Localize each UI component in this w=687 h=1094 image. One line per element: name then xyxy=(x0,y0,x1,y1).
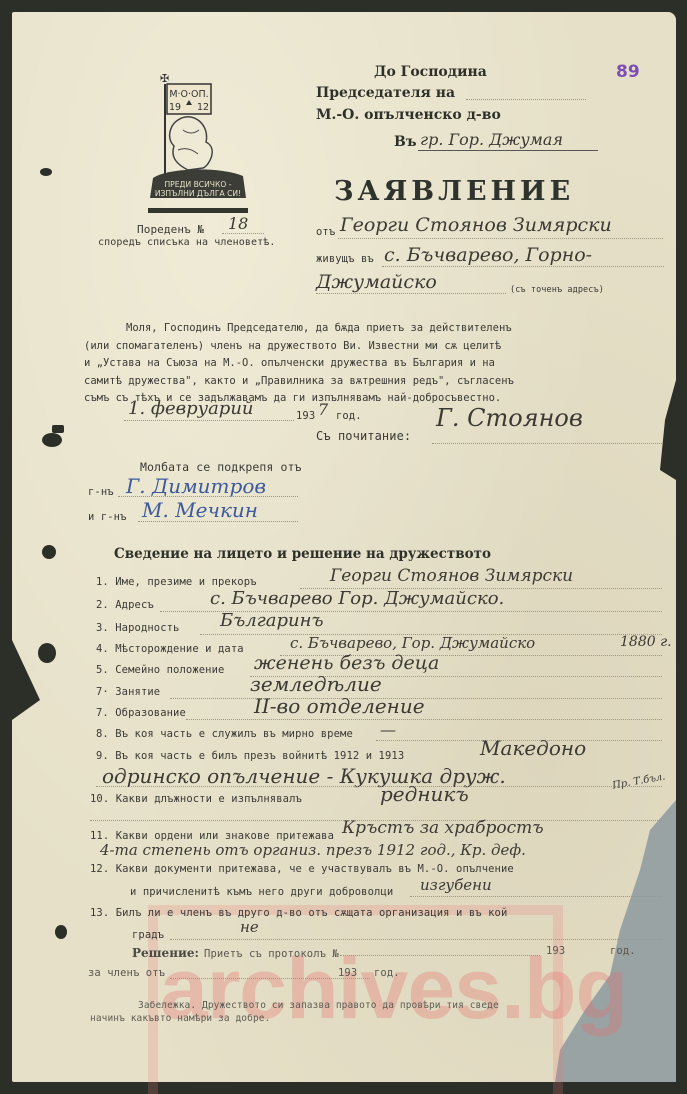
field-13-value[interactable]: не xyxy=(240,918,259,936)
section-title: Сведение на лицето и решение на дружеств… xyxy=(114,546,491,562)
paragraph-line: и „Устава на Съюза на М.-О. опълченски д… xyxy=(84,355,664,373)
member-year-suffix: год. xyxy=(374,967,400,979)
paragraph-line: Моля, Господинъ Председателю, да бѫда пр… xyxy=(84,320,664,338)
document-title: ЗАЯВЛЕНИЕ xyxy=(334,176,574,207)
city-label: Въ xyxy=(394,134,417,150)
applicant-name[interactable]: Георги Стоянов Зимярски xyxy=(340,214,612,236)
field-12-label-line2: и причисленитѣ къмъ него други доброволц… xyxy=(130,886,393,898)
member-year: 193 xyxy=(338,967,357,979)
decision-year: 193 xyxy=(546,945,565,957)
field-9-label: 9. Въ коя часть е билъ презъ войнитѣ 191… xyxy=(96,750,404,762)
field-6-label: 7· Занятие xyxy=(96,686,160,698)
opalchentsi-emblem-icon: ✠ М·О·ОП. 19 12 ПРЕДИ ВСИЧКО - ИЗПЪЛНИ Д… xyxy=(148,70,248,200)
supporter2-signature[interactable]: М. Мечкин xyxy=(142,498,258,522)
field-9-value[interactable]: Македоно xyxy=(480,736,586,760)
field-3-label: 3. Народность xyxy=(96,622,179,634)
svg-text:ИЗПЪЛНИ ДЪЛГА СИ!: ИЗПЪЛНИ ДЪЛГА СИ! xyxy=(155,189,241,198)
from-label: отъ xyxy=(316,226,335,238)
field-7-label: 7. Образование xyxy=(96,707,186,719)
signature-label: Съ почитание: xyxy=(316,429,411,443)
paper-hole xyxy=(38,643,56,663)
addressee-line2: Председателя на xyxy=(316,85,455,101)
logo-underline xyxy=(148,208,248,213)
field-1-value[interactable]: Георги Стоянов Зимярски xyxy=(330,566,573,586)
field-11-value[interactable]: Кръстъ за храбростъ xyxy=(342,818,544,838)
paper-hole xyxy=(40,168,52,176)
field-4-date[interactable]: 1880 г. xyxy=(620,634,672,650)
note-line2: начинъ какъвто намѣри за добре. xyxy=(90,1013,270,1024)
date-year-prefix: 193 xyxy=(296,410,315,422)
paper-hole xyxy=(55,925,67,939)
supporters-label: Молбата се подкрепя отъ xyxy=(140,460,302,474)
address-hint: (съ точенъ адресъ) xyxy=(510,285,604,295)
field-8-value[interactable]: — xyxy=(380,720,396,739)
paragraph-line: (или спомагателенъ) членъ на дружеството… xyxy=(84,338,664,356)
decision-text: Приетъ съ протоколъ № xyxy=(204,948,339,960)
supporter1-signature[interactable]: Г. Димитров xyxy=(126,474,266,498)
member-from-label: за членъ отъ xyxy=(88,967,165,979)
svg-text:12: 12 xyxy=(197,102,209,113)
field-7-value[interactable]: II-во отделение xyxy=(254,694,425,718)
field-5-label: 5. Семейно положение xyxy=(96,664,224,676)
field-6-value[interactable]: земледѣлие xyxy=(250,672,382,696)
field-13-label-line2: градъ xyxy=(132,929,164,941)
note-line1: Забележка. Дружеството си запазва правот… xyxy=(138,1000,499,1011)
field-1-label: 1. Име, презиме и прекоръ xyxy=(96,576,257,588)
field-10-label: 10. Какви длъжности е изпълнявалъ xyxy=(90,793,302,805)
addressee-line1: До Господина xyxy=(374,64,487,80)
field-2-value[interactable]: с. Бъчварево Гор. Джумайско. xyxy=(210,588,504,609)
applicant-residence-line2[interactable]: Джумайско xyxy=(316,271,437,293)
field-5-value[interactable]: женень безъ деца xyxy=(254,652,439,674)
date-year-suffix: год. xyxy=(336,410,362,422)
field-2-label: 2. Адресъ xyxy=(96,599,154,611)
field-8-label: 8. Въ коя часть е служилъ въ мирно време xyxy=(96,728,353,740)
field-4-value[interactable]: с. Бъчварево, Гор. Джумайско xyxy=(290,634,535,652)
serial-label: Пореденъ № xyxy=(137,223,204,236)
svg-text:ПРЕДИ ВСИЧКО -: ПРЕДИ ВСИЧКО - xyxy=(164,180,231,189)
svg-text:19: 19 xyxy=(169,102,181,113)
decision-label: Решение: xyxy=(132,946,199,960)
request-paragraph: Моля, Господинъ Председателю, да бѫда пр… xyxy=(84,320,664,408)
field-10-value[interactable]: редникъ xyxy=(380,782,469,806)
field-12-value[interactable]: изгубени xyxy=(420,876,492,894)
svg-text:✠: ✠ xyxy=(160,72,169,85)
addressee-line3: М.-О. опълченско д-во xyxy=(316,107,501,123)
city-value[interactable]: гр. Гор. Джумая xyxy=(420,130,563,149)
field-11-value-line2[interactable]: 4-та степень отъ организ. презъ 1912 год… xyxy=(100,841,526,859)
field-12-label: 12. Какви документи притежава, че е учас… xyxy=(90,863,514,875)
date-day-month[interactable]: 1. февруарий xyxy=(128,398,254,419)
serial-sublabel: споредъ списъка на членоветѣ. xyxy=(98,237,276,248)
field-4-label: 4. Мѣсторождение и дата xyxy=(96,643,244,655)
decision-line: Решение: Приетъ съ протоколъ № xyxy=(132,942,339,961)
decision-year-suffix: год. xyxy=(610,945,636,957)
living-label: живущъ въ xyxy=(316,253,374,265)
applicant-residence[interactable]: с. Бъчварево, Горно- xyxy=(384,244,592,266)
serial-value[interactable]: 18 xyxy=(228,214,248,233)
supporter1-label: г-нъ xyxy=(88,486,114,498)
archive-number-stamp: 89 xyxy=(616,62,640,82)
paper-hole xyxy=(42,545,56,559)
paper-hole xyxy=(52,425,64,433)
field-13-label: 13. Билъ ли е членъ въ друго д-во отъ сѫ… xyxy=(90,907,507,920)
svg-text:М·О·ОП.: М·О·ОП. xyxy=(169,89,208,100)
paper-hole xyxy=(42,433,62,447)
date-year-digit[interactable]: 7 xyxy=(318,400,328,419)
field-3-value[interactable]: Българинъ xyxy=(220,610,323,631)
paragraph-line: самитѣ дружества", както и „Правилника з… xyxy=(84,373,664,391)
supporter2-label: и г-нъ xyxy=(88,511,127,523)
signature-value[interactable]: Г. Стоянов xyxy=(436,404,583,432)
